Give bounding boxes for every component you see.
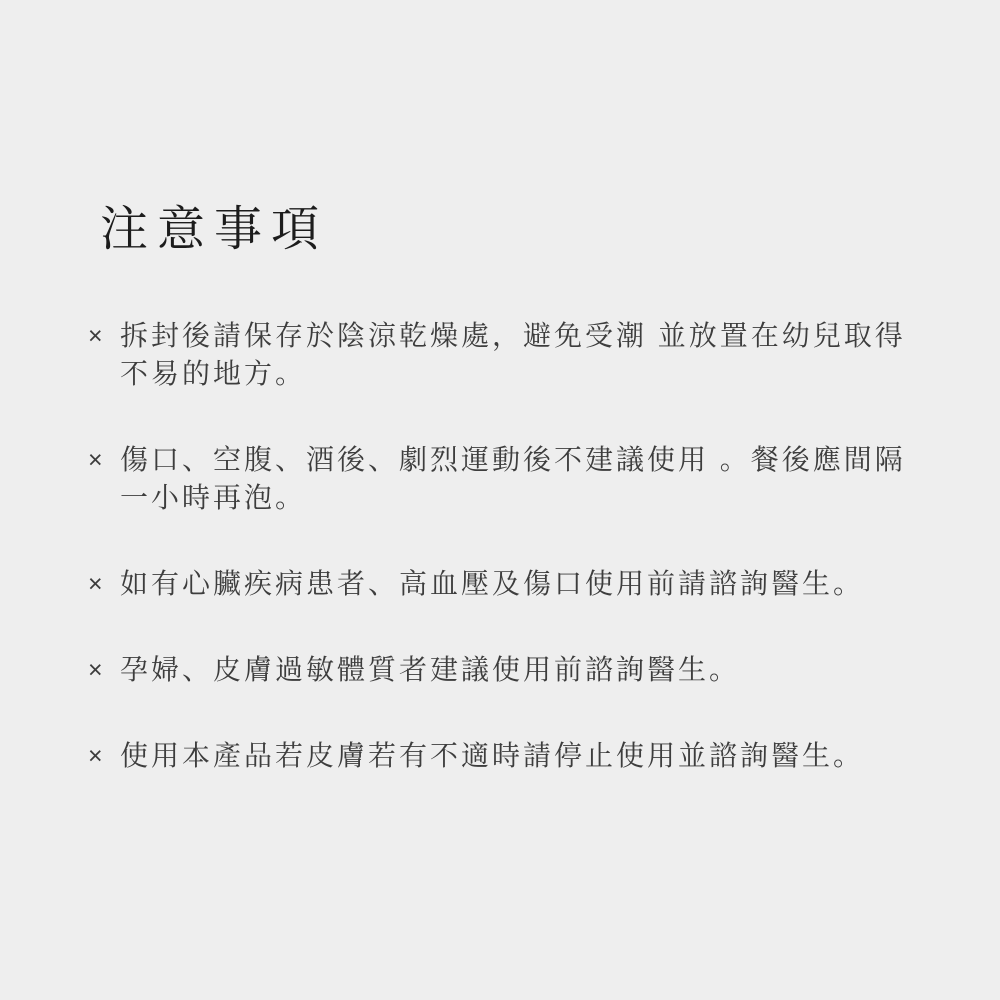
cross-bullet-icon: × xyxy=(88,441,120,479)
notice-text: 拆封後請保存於陰涼乾燥處，避免受潮 並放置在幼兒取得不易的地方。 xyxy=(120,317,935,393)
notice-text: 孕婦、皮膚過敏體質者建議使用前諮詢醫生。 xyxy=(120,651,935,689)
cross-bullet-icon: × xyxy=(88,565,120,603)
notice-item: × 傷口、空腹、酒後、劇烈運動後不建議使用 。餐後應間隔一小時再泡。 xyxy=(88,441,935,517)
notice-list: × 拆封後請保存於陰涼乾燥處，避免受潮 並放置在幼兒取得不易的地方。 × 傷口、… xyxy=(88,317,935,775)
notice-text: 使用本產品若皮膚若有不適時請停止使用並諮詢醫生。 xyxy=(120,737,935,775)
precautions-page: 注意事項 × 拆封後請保存於陰涼乾燥處，避免受潮 並放置在幼兒取得不易的地方。 … xyxy=(0,0,1000,1000)
cross-bullet-icon: × xyxy=(88,317,120,355)
notice-text: 傷口、空腹、酒後、劇烈運動後不建議使用 。餐後應間隔一小時再泡。 xyxy=(120,441,935,517)
notice-item: × 拆封後請保存於陰涼乾燥處，避免受潮 並放置在幼兒取得不易的地方。 xyxy=(88,317,935,393)
page-title: 注意事項 xyxy=(100,205,935,255)
notice-item: × 孕婦、皮膚過敏體質者建議使用前諮詢醫生。 xyxy=(88,651,935,689)
notice-item: × 使用本產品若皮膚若有不適時請停止使用並諮詢醫生。 xyxy=(88,737,935,775)
precautions-content: 注意事項 × 拆封後請保存於陰涼乾燥處，避免受潮 並放置在幼兒取得不易的地方。 … xyxy=(0,0,1000,775)
cross-bullet-icon: × xyxy=(88,737,120,775)
notice-text: 如有心臟疾病患者、高血壓及傷口使用前請諮詢醫生。 xyxy=(120,565,935,603)
cross-bullet-icon: × xyxy=(88,651,120,689)
notice-item: × 如有心臟疾病患者、高血壓及傷口使用前請諮詢醫生。 xyxy=(88,565,935,603)
